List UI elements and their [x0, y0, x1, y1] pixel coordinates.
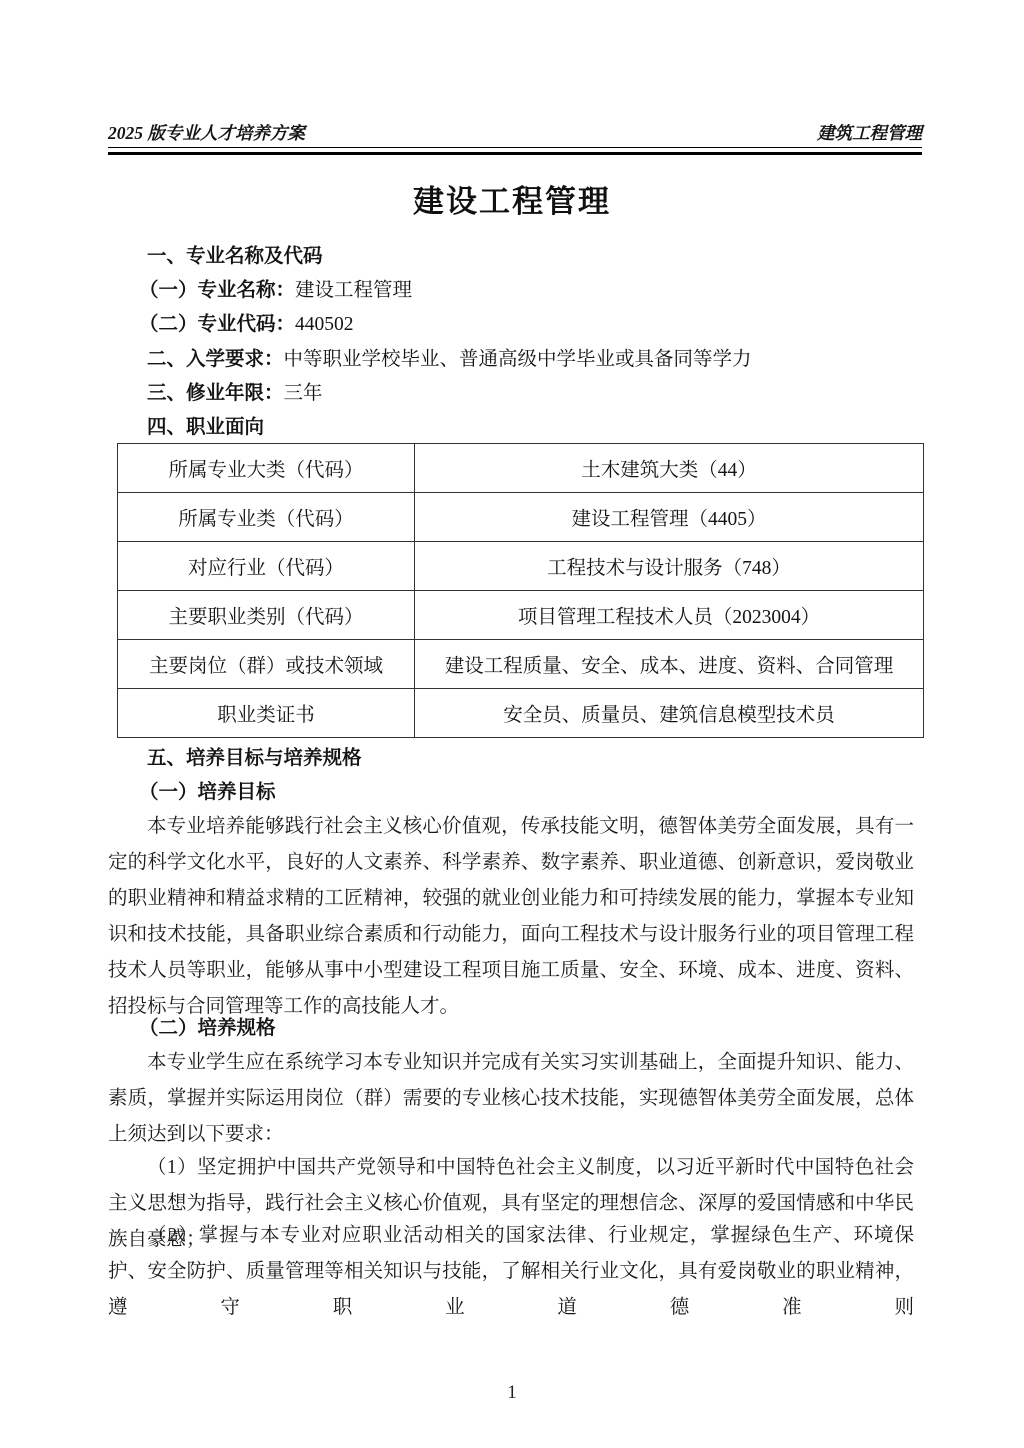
table-row: 所属专业大类（代码） 土木建筑大类（44）: [118, 444, 924, 493]
document-page: 2025 版专业人才培养方案 建筑工程管理 建设工程管理 一、专业名称及代码 （…: [0, 0, 1024, 1448]
header-left-text: 2025 版专业人才培养方案: [108, 121, 305, 145]
table-row: 职业类证书 安全员、质量员、建筑信息模型技术员: [118, 689, 924, 738]
header-right-text: 建筑工程管理: [817, 121, 922, 145]
meta-row-entry-requirement: 二、入学要求：中等职业学校毕业、普通高级中学毕业或具备同等学力: [108, 342, 914, 376]
training-goal-heading: （一）培养目标: [108, 781, 914, 803]
meta-row-section-one: 一、专业名称及代码: [108, 239, 914, 273]
training-spec-paragraph: 本专业学生应在系统学习本专业知识并完成有关实习实训基础上，全面提升知识、能力、素…: [108, 1045, 914, 1153]
study-duration-value: 三年: [284, 383, 323, 404]
table-value-cell: 建设工程管理（4405）: [415, 493, 924, 542]
table-label-cell: 所属专业大类（代码）: [118, 444, 415, 493]
occupation-table: 所属专业大类（代码） 土木建筑大类（44） 所属专业类（代码） 建设工程管理（4…: [117, 443, 924, 738]
major-name-value: 建设工程管理: [295, 280, 412, 301]
table-label-cell: 对应行业（代码）: [118, 542, 415, 591]
table-label-cell: 主要职业类别（代码）: [118, 591, 415, 640]
table-value-cell: 建设工程质量、安全、成本、进度、资料、合同管理: [415, 640, 924, 689]
entry-requirement-value: 中等职业学校毕业、普通高级中学毕业或具备同等学力: [284, 349, 752, 370]
entry-requirement-label: 二、入学要求：: [147, 348, 284, 370]
meta-row-major-name: （一）专业名称：建设工程管理: [108, 273, 914, 307]
section-four-heading: 四、职业面向: [147, 416, 264, 438]
meta-row-section-four: 四、职业面向: [108, 410, 914, 444]
training-goal-paragraph: 本专业培养能够践行社会主义核心价值观，传承技能文明，德智体美劳全面发展，具有一定…: [108, 809, 914, 1025]
table-label-cell: 主要岗位（群）或技术领域: [118, 640, 415, 689]
page-header: 2025 版专业人才培养方案 建筑工程管理: [108, 121, 922, 145]
meta-list: 一、专业名称及代码 （一）专业名称：建设工程管理 （二）专业代码：440502 …: [108, 239, 914, 444]
major-name-label: （一）专业名称：: [139, 279, 295, 301]
table-row: 主要职业类别（代码） 项目管理工程技术人员（2023004）: [118, 591, 924, 640]
training-spec-heading: （二）培养规格: [108, 1017, 914, 1039]
study-duration-label: 三、修业年限：: [147, 382, 284, 404]
header-divider: [108, 147, 922, 155]
table-row: 所属专业类（代码） 建设工程管理（4405）: [118, 493, 924, 542]
section-one-heading: 一、专业名称及代码: [147, 245, 323, 267]
table-value-cell: 土木建筑大类（44）: [415, 444, 924, 493]
meta-row-study-duration: 三、修业年限：三年: [108, 376, 914, 410]
table-value-cell: 安全员、质量员、建筑信息模型技术员: [415, 689, 924, 738]
major-code-label: （二）专业代码：: [139, 313, 295, 335]
table-value-cell: 项目管理工程技术人员（2023004）: [415, 591, 924, 640]
major-code-value: 440502: [295, 314, 354, 335]
section-five-heading: 五、培养目标与培养规格: [108, 747, 914, 769]
table-row: 主要岗位（群）或技术领域 建设工程质量、安全、成本、进度、资料、合同管理: [118, 640, 924, 689]
requirement-2-paragraph: （2）掌握与本专业对应职业活动相关的国家法律、行业规定，掌握绿色生产、环境保护、…: [108, 1218, 914, 1326]
table-label-cell: 所属专业类（代码）: [118, 493, 415, 542]
table-row: 对应行业（代码） 工程技术与设计服务（748）: [118, 542, 924, 591]
meta-row-major-code: （二）专业代码：440502: [108, 307, 914, 341]
document-title: 建设工程管理: [0, 176, 1024, 221]
table-value-cell: 工程技术与设计服务（748）: [415, 542, 924, 591]
table-label-cell: 职业类证书: [118, 689, 415, 738]
page-number: 1: [0, 1382, 1024, 1404]
